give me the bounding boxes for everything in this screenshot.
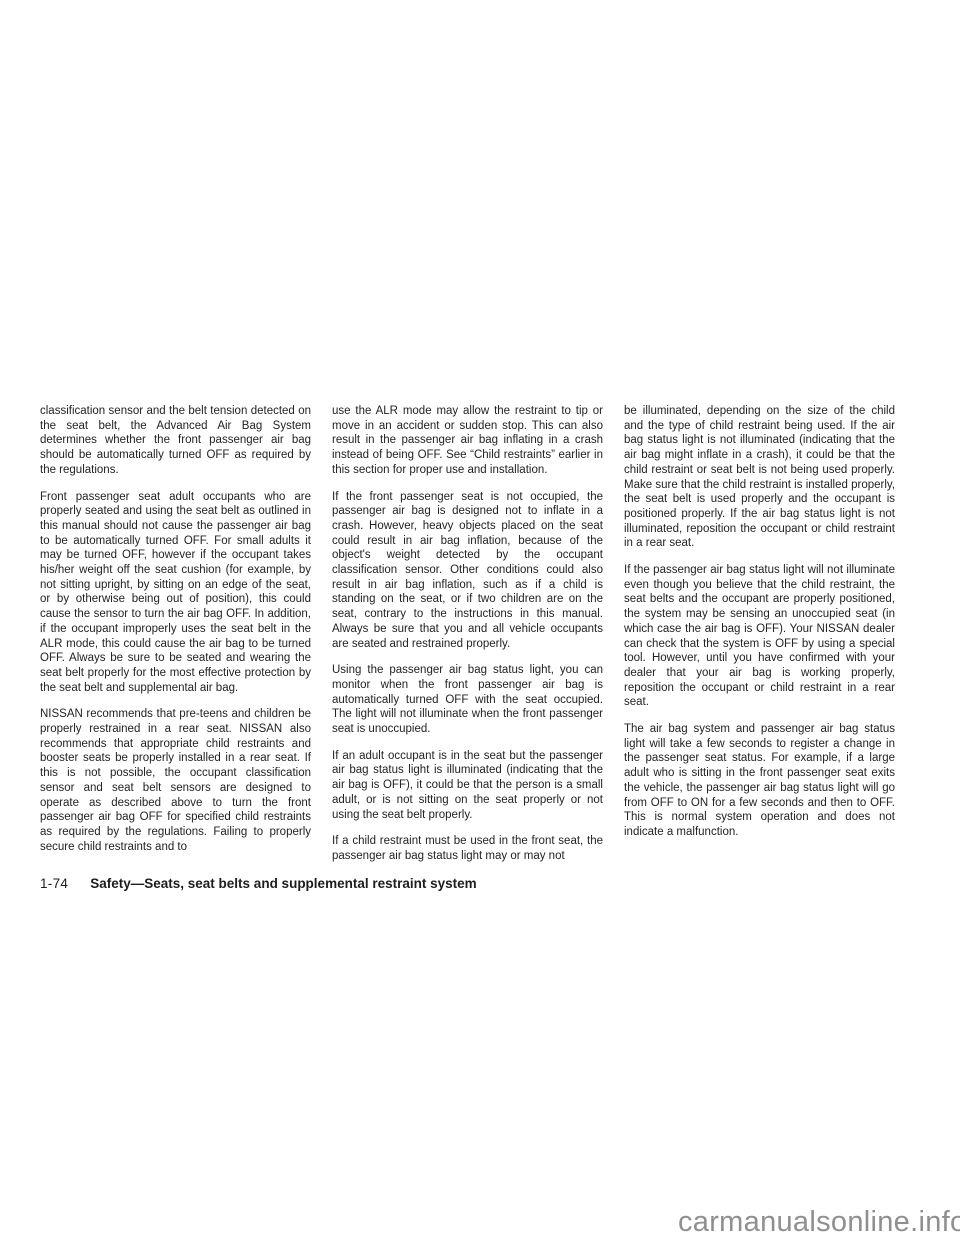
paragraph: If an adult occupant is in the seat but … [332,749,603,823]
page-number: 1-74 [40,876,68,891]
column-3: be illuminated, depending on the size of… [624,404,895,876]
paragraph: If the front passenger seat is not occup… [332,490,603,652]
paragraph: If a child restraint must be used in the… [332,834,603,863]
paragraph: If the passenger air bag status light wi… [624,563,895,710]
paragraph: Using the passenger air bag status light… [332,663,603,737]
section-title: Safety—Seats, seat belts and supplementa… [90,876,476,891]
watermark: carmanualsonline.info [678,1206,960,1239]
paragraph: be illuminated, depending on the size of… [624,404,895,551]
paragraph: NISSAN recommends that pre-teens and chi… [40,707,311,854]
column-1: classification sensor and the belt tensi… [40,404,311,876]
page-footer: 1-74 Safety—Seats, seat belts and supple… [40,876,896,891]
column-2: use the ALR mode may allow the restraint… [332,404,603,876]
paragraph: classification sensor and the belt tensi… [40,404,311,478]
manual-page: classification sensor and the belt tensi… [0,0,960,1242]
paragraph: The air bag system and passenger air bag… [624,722,895,840]
paragraph: Front passenger seat adult occupants who… [40,490,311,696]
paragraph: use the ALR mode may allow the restraint… [332,404,603,478]
text-columns: classification sensor and the belt tensi… [40,404,896,876]
